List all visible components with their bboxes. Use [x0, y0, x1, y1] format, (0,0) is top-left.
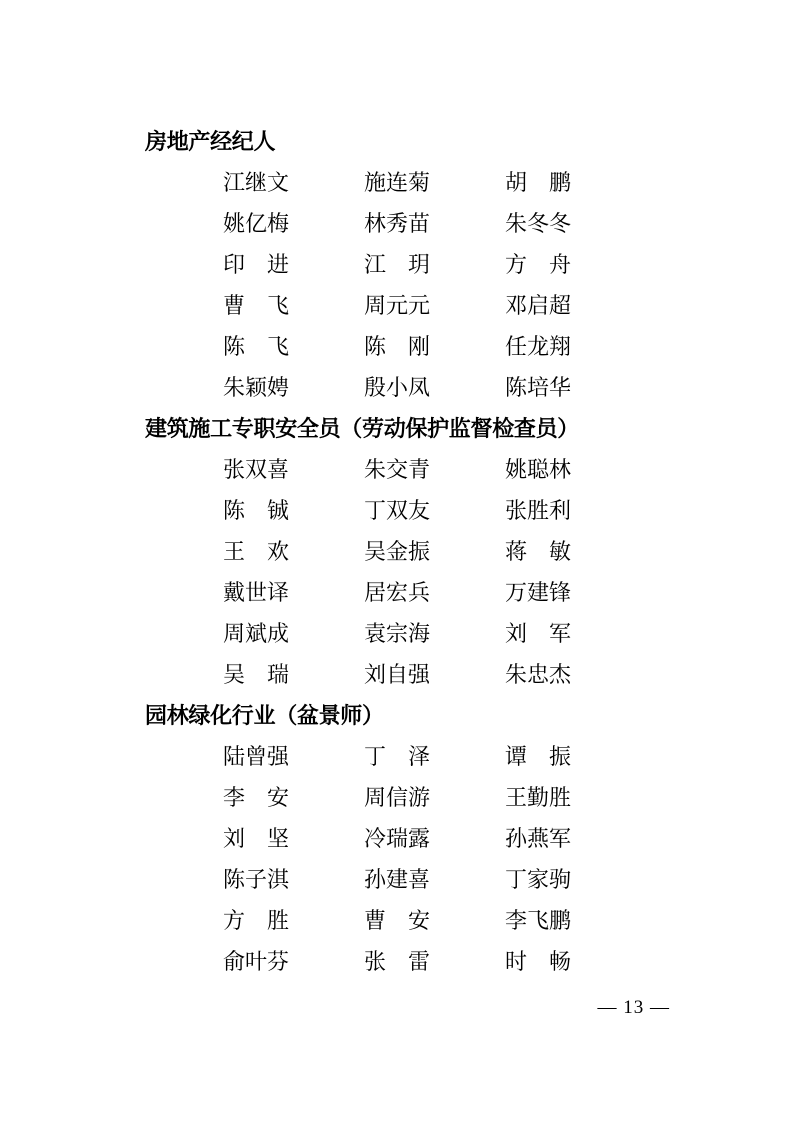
person-name: 周斌成	[223, 613, 364, 654]
name-row: 曹 飞周元元邓启超	[0, 285, 793, 326]
person-name: 王勤胜	[505, 777, 571, 818]
person-name: 胡 鹏	[505, 162, 571, 203]
name-row: 陆曾强丁 泽谭 振	[0, 736, 793, 777]
person-name: 周信游	[364, 777, 505, 818]
section-title: 房地产经纪人	[0, 121, 793, 162]
name-row: 张双喜朱交青姚聪林	[0, 449, 793, 490]
person-name: 任龙翔	[505, 326, 571, 367]
name-row: 俞叶芬张 雷时 畅	[0, 941, 793, 982]
person-name: 丁双友	[364, 490, 505, 531]
person-name: 刘 坚	[223, 818, 364, 859]
person-name: 刘自强	[364, 654, 505, 695]
person-name: 丁 泽	[364, 736, 505, 777]
name-row: 印 进江 玥方 舟	[0, 244, 793, 285]
person-name: 方 胜	[223, 900, 364, 941]
section-title: 建筑施工专职安全员（劳动保护监督检查员）	[0, 408, 793, 449]
person-name: 朱交青	[364, 449, 505, 490]
person-name: 李飞鹏	[505, 900, 571, 941]
person-name: 俞叶芬	[223, 941, 364, 982]
person-name: 袁宗海	[364, 613, 505, 654]
person-name: 陈 飞	[223, 326, 364, 367]
section-title: 园林绿化行业（盆景师）	[0, 695, 793, 736]
name-row: 江继文施连菊胡 鹏	[0, 162, 793, 203]
person-name: 张胜利	[505, 490, 571, 531]
person-name: 陈子淇	[223, 859, 364, 900]
person-name: 印 进	[223, 244, 364, 285]
name-row: 陈 飞陈 刚任龙翔	[0, 326, 793, 367]
person-name: 朱冬冬	[505, 203, 571, 244]
person-name: 张双喜	[223, 449, 364, 490]
name-row: 王 欢吴金振蒋 敏	[0, 531, 793, 572]
person-name: 朱颖娉	[223, 367, 364, 408]
person-name: 谭 振	[505, 736, 571, 777]
person-name: 孙建喜	[364, 859, 505, 900]
person-name: 丁家驹	[505, 859, 571, 900]
person-name: 陈 刚	[364, 326, 505, 367]
person-name: 孙燕军	[505, 818, 571, 859]
document-page: 房地产经纪人江继文施连菊胡 鹏姚亿梅林秀苗朱冬冬印 进江 玥方 舟曹 飞周元元邓…	[0, 0, 793, 1122]
name-row: 方 胜曹 安李飞鹏	[0, 900, 793, 941]
person-name: 戴世译	[223, 572, 364, 613]
person-name: 曹 飞	[223, 285, 364, 326]
name-row: 李 安周信游王勤胜	[0, 777, 793, 818]
name-row: 戴世译居宏兵万建锋	[0, 572, 793, 613]
person-name: 陈培华	[505, 367, 571, 408]
person-name: 陆曾强	[223, 736, 364, 777]
person-name: 周元元	[364, 285, 505, 326]
person-name: 殷小凤	[364, 367, 505, 408]
name-row: 刘 坚冷瑞露孙燕军	[0, 818, 793, 859]
person-name: 吴 瑞	[223, 654, 364, 695]
person-name: 邓启超	[505, 285, 571, 326]
person-name: 万建锋	[505, 572, 571, 613]
person-name: 陈 铖	[223, 490, 364, 531]
person-name: 姚聪林	[505, 449, 571, 490]
person-name: 江继文	[223, 162, 364, 203]
person-name: 姚亿梅	[223, 203, 364, 244]
name-row: 陈 铖丁双友张胜利	[0, 490, 793, 531]
page-number: — 13 —	[0, 996, 670, 1020]
name-row: 周斌成袁宗海刘 军	[0, 613, 793, 654]
person-name: 林秀苗	[364, 203, 505, 244]
name-row: 姚亿梅林秀苗朱冬冬	[0, 203, 793, 244]
person-name: 江 玥	[364, 244, 505, 285]
name-row: 朱颖娉殷小凤陈培华	[0, 367, 793, 408]
person-name: 居宏兵	[364, 572, 505, 613]
person-name: 刘 军	[505, 613, 571, 654]
person-name: 朱忠杰	[505, 654, 571, 695]
name-list-content: 房地产经纪人江继文施连菊胡 鹏姚亿梅林秀苗朱冬冬印 进江 玥方 舟曹 飞周元元邓…	[0, 121, 793, 982]
person-name: 方 舟	[505, 244, 571, 285]
person-name: 施连菊	[364, 162, 505, 203]
person-name: 张 雷	[364, 941, 505, 982]
name-row: 吴 瑞刘自强朱忠杰	[0, 654, 793, 695]
person-name: 冷瑞露	[364, 818, 505, 859]
person-name: 蒋 敏	[505, 531, 571, 572]
person-name: 李 安	[223, 777, 364, 818]
name-row: 陈子淇孙建喜丁家驹	[0, 859, 793, 900]
person-name: 曹 安	[364, 900, 505, 941]
person-name: 王 欢	[223, 531, 364, 572]
person-name: 吴金振	[364, 531, 505, 572]
person-name: 时 畅	[505, 941, 571, 982]
